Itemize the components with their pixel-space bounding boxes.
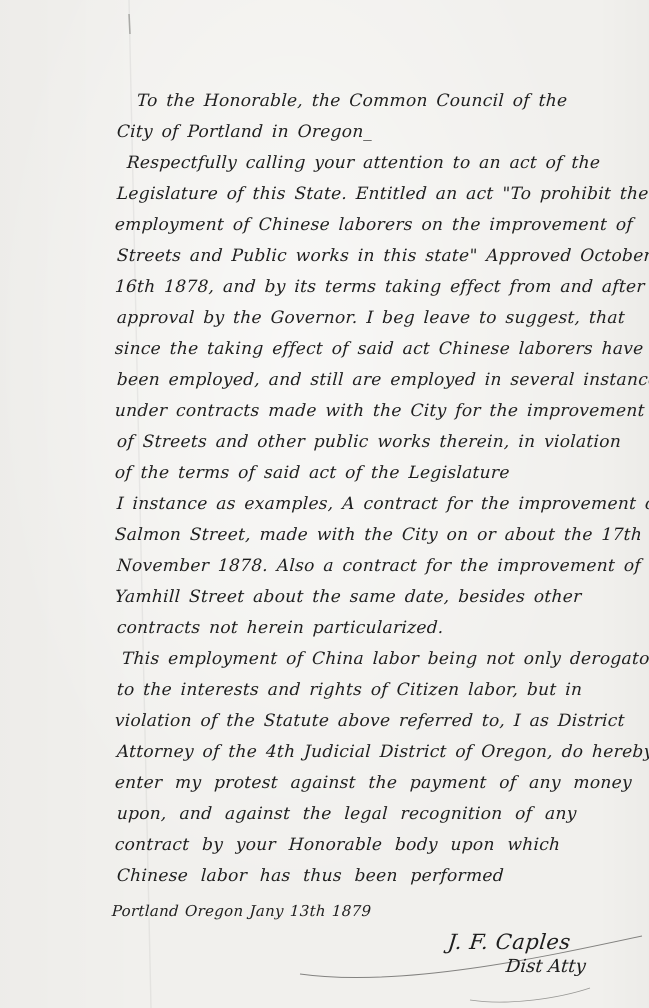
date-line: Portland Oregon Jany 13th 1879 <box>111 896 648 927</box>
letter-line: Chinese labor has thus been performed <box>116 861 648 892</box>
letter-line: November 1878. Also a contract for the i… <box>116 551 648 582</box>
letter-line: violation of the Statute above referred … <box>114 706 648 737</box>
signature-title: Dist Atty <box>505 956 587 977</box>
letter-line: Attorney of the 4th Judicial District of… <box>116 737 648 768</box>
letter-line: under contracts made with the City for t… <box>114 396 648 427</box>
letter-line: 16th 1878, and by its terms taking effec… <box>114 272 648 303</box>
letter-line: of Streets and other public works therei… <box>116 427 648 458</box>
letter-line: I instance as examples, A contract for t… <box>116 489 648 520</box>
letter-line: Salmon Street, made with the City on or … <box>114 520 648 551</box>
letter-line: contracts not herein particularized. <box>116 613 648 644</box>
letter-line: Yamhill Street about the same date, besi… <box>114 582 648 613</box>
letter-line: upon, and against the legal recognition … <box>116 799 648 830</box>
letter-line: since the taking effect of said act Chin… <box>114 334 648 365</box>
letter-line: Legislature of this State. Entitled an a… <box>116 179 648 210</box>
signature-name: J. F. Caples <box>447 930 587 954</box>
letter-line: Respectfully calling your attention to a… <box>126 148 648 179</box>
letter-line: of the terms of said act of the Legislat… <box>114 458 648 489</box>
letter-line: Streets and Public works in this state" … <box>116 241 648 272</box>
scanned-letter-page: To the Honorable, the Common Council of … <box>0 0 649 1008</box>
letter-line: been employed, and still are employed in… <box>116 365 648 396</box>
letter-line: to the interests and rights of Citizen l… <box>116 675 648 706</box>
signature-block: J. F. Caples Dist Atty <box>448 930 586 977</box>
salutation-line: To the Honorable, the Common Council of … <box>136 86 648 117</box>
letter-line: approval by the Governor. I beg leave to… <box>116 303 648 334</box>
letter-line: contract by your Honorable body upon whi… <box>114 830 648 861</box>
letter-body: To the Honorable, the Common Council of … <box>114 86 646 927</box>
salutation-line: City of Portland in Oregon_ <box>116 117 648 148</box>
letter-line: enter my protest against the payment of … <box>114 768 648 799</box>
letter-line: This employment of China labor being not… <box>121 644 648 675</box>
letter-line: employment of Chinese laborers on the im… <box>114 210 648 241</box>
